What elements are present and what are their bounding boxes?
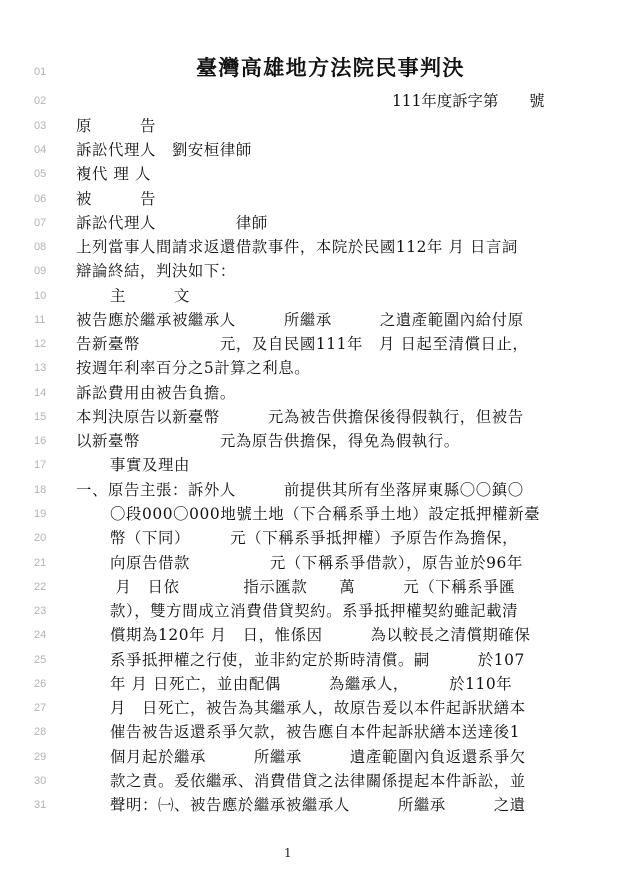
line-15: 15 本判決原告以新臺幣 元為被告供擔保後得假執行，但被告 xyxy=(0,405,629,429)
line-number: 22 xyxy=(34,581,58,593)
line-31: 31 聲明：㈠、被告應於繼承被繼承人 所繼承 之遺 xyxy=(0,793,629,817)
case-number: 111年度訴字第 號 xyxy=(392,89,545,113)
line-23: 23 款），雙方間成立消費借貸契約。系爭抵押權契約雖記載清 xyxy=(0,599,629,623)
line-number: 14 xyxy=(34,387,58,399)
line-02: 02 111年度訴字第 號 xyxy=(0,89,629,113)
line-29: 29 個月起於繼承 所繼承 遺產範圍內負返還系爭欠 xyxy=(0,745,629,769)
line-12: 12 告新臺幣 元，及自民國111年 月 日起至清償日止， xyxy=(0,332,629,356)
line-text: 個月起於繼承 所繼承 遺產範圍內負返還系爭欠 xyxy=(110,745,526,769)
line-text: 本判決原告以新臺幣 元為被告供擔保後得假執行，但被告 xyxy=(76,405,524,429)
line-21: 21 向原告借款 元（下稱系爭借款），原告並於96年 xyxy=(0,551,629,575)
line-05: 05 複代 理 人 xyxy=(0,162,629,186)
line-text: 告新臺幣 元，及自民國111年 月 日起至清償日止， xyxy=(76,332,528,356)
line-text: 原 告 xyxy=(76,114,156,138)
line-13: 13 按週年利率百分之5計算之利息。 xyxy=(0,356,629,380)
line-06: 06 被 告 xyxy=(0,187,629,211)
line-28: 28 催告被告返還系爭欠款，被告應自本件起訴狀繕本送達後1 xyxy=(0,720,629,744)
line-number: 01 xyxy=(34,66,58,78)
line-19: 19 〇段000〇000地號土地（下合稱系爭土地）設定抵押權新臺 xyxy=(0,502,629,526)
line-22: 22 月 日依 指示匯款 萬 元（下稱系爭匯 xyxy=(0,575,629,599)
line-number: 31 xyxy=(34,799,58,811)
line-text: 訴訟代理人 劉安桓律師 xyxy=(76,138,252,162)
line-25: 25 系爭抵押權之行使，並非約定於斯時清償。嗣 於107 xyxy=(0,648,629,672)
line-03: 03 原 告 xyxy=(0,114,629,138)
line-number: 29 xyxy=(34,751,58,763)
section-heading-main-text: 主 文 xyxy=(110,284,190,308)
document-page: 臺灣高雄地方法院民事判決 01 02 111年度訴字第 號 03 原 告 04 … xyxy=(0,0,629,888)
line-text: 以新臺幣 元為原告供擔保，得免為假執行。 xyxy=(76,429,460,453)
line-14: 14 訴訟費用由被告負擔。 xyxy=(0,381,629,405)
line-text: 聲明：㈠、被告應於繼承被繼承人 所繼承 之遺 xyxy=(110,793,526,817)
line-number: 08 xyxy=(34,241,58,253)
line-number: 18 xyxy=(34,484,58,496)
line-number: 27 xyxy=(34,702,58,714)
line-number: 25 xyxy=(34,654,58,666)
line-number: 23 xyxy=(34,605,58,617)
line-number: 19 xyxy=(34,508,58,520)
line-number: 15 xyxy=(34,411,58,423)
line-number: 09 xyxy=(34,265,58,277)
line-number: 06 xyxy=(34,193,58,205)
line-number: 12 xyxy=(34,338,58,350)
line-text: 月 日死亡，被告為其繼承人，故原告爰以本件起訴狀繕本 xyxy=(110,696,526,720)
line-27: 27 月 日死亡，被告為其繼承人，故原告爰以本件起訴狀繕本 xyxy=(0,696,629,720)
line-text: 〇段000〇000地號土地（下合稱系爭土地）設定抵押權新臺 xyxy=(110,502,540,526)
line-text: 月 日依 指示匯款 萬 元（下稱系爭匯 xyxy=(110,575,515,599)
line-07: 07 訴訟代理人 律師 xyxy=(0,211,629,235)
line-text: 上列當事人間請求返還借款事件，本院於民國112年 月 日言詞 xyxy=(76,235,518,259)
line-number: 10 xyxy=(34,290,58,302)
line-17: 17 事實及理由 xyxy=(0,453,629,477)
line-04: 04 訴訟代理人 劉安桓律師 xyxy=(0,138,629,162)
line-number: 24 xyxy=(34,629,58,641)
line-01: 01 xyxy=(0,60,629,84)
line-09: 09 辯論終結，判決如下： xyxy=(0,259,629,283)
line-18: 18 一、原告主張：訴外人 前提供其所有坐落屏東縣〇〇鎮〇 xyxy=(0,478,629,502)
line-text: 款之責。爰依繼承、消費借貸之法律關係提起本件訴訟，並 xyxy=(110,769,526,793)
line-number: 07 xyxy=(34,217,58,229)
line-24: 24 償期為120年 月 日，惟係因 為以較長之清償期確保 xyxy=(0,623,629,647)
line-number: 11 xyxy=(34,314,58,326)
line-text: 訴訟費用由被告負擔。 xyxy=(76,381,236,405)
line-text: 被告應於繼承被繼承人 所繼承 之遺產範圍內給付原 xyxy=(76,308,524,332)
line-20: 20 幣（下同） 元（下稱系爭抵押權）予原告作為擔保， xyxy=(0,526,629,550)
line-number: 05 xyxy=(34,168,58,180)
line-text: 款），雙方間成立消費借貸契約。系爭抵押權契約雖記載清 xyxy=(110,599,518,623)
line-08: 08 上列當事人間請求返還借款事件，本院於民國112年 月 日言詞 xyxy=(0,235,629,259)
line-text: 複代 理 人 xyxy=(76,162,151,186)
line-text: 向原告借款 元（下稱系爭借款），原告並於96年 xyxy=(110,551,523,575)
line-text: 催告被告返還系爭欠款，被告應自本件起訴狀繕本送達後1 xyxy=(110,720,520,744)
line-number: 20 xyxy=(34,532,58,544)
line-number: 13 xyxy=(34,362,58,374)
line-number: 04 xyxy=(34,144,58,156)
line-text: 系爭抵押權之行使，並非約定於斯時清償。嗣 於107 xyxy=(110,648,525,672)
line-number: 17 xyxy=(34,459,58,471)
line-text: 幣（下同） 元（下稱系爭抵押權）予原告作為擔保， xyxy=(110,526,518,550)
line-30: 30 款之責。爰依繼承、消費借貸之法律關係提起本件訴訟，並 xyxy=(0,769,629,793)
line-text: 按週年利率百分之5計算之利息。 xyxy=(76,356,310,380)
line-text: 償期為120年 月 日，惟係因 為以較長之清償期確保 xyxy=(110,623,530,647)
line-text: 訴訟代理人 律師 xyxy=(76,211,268,235)
line-text: 一、原告主張：訴外人 前提供其所有坐落屏東縣〇〇鎮〇 xyxy=(76,478,524,502)
line-text: 年 月 日死亡，並由配偶 為繼承人， 於110年 xyxy=(110,672,512,696)
page-number: 1 xyxy=(284,846,292,860)
line-number: 28 xyxy=(34,726,58,738)
line-26: 26 年 月 日死亡，並由配偶 為繼承人， 於110年 xyxy=(0,672,629,696)
line-11: 11 被告應於繼承被繼承人 所繼承 之遺產範圍內給付原 xyxy=(0,308,629,332)
line-number: 26 xyxy=(34,678,58,690)
line-text: 被 告 xyxy=(76,187,156,211)
line-16: 16 以新臺幣 元為原告供擔保，得免為假執行。 xyxy=(0,429,629,453)
line-number: 03 xyxy=(34,120,58,132)
line-10: 10 主 文 xyxy=(0,284,629,308)
line-number: 16 xyxy=(34,435,58,447)
line-text: 辯論終結，判決如下： xyxy=(76,259,236,283)
line-number: 21 xyxy=(34,557,58,569)
line-number: 02 xyxy=(34,95,58,107)
line-number: 30 xyxy=(34,775,58,787)
section-heading-facts-reasons: 事實及理由 xyxy=(110,453,190,477)
